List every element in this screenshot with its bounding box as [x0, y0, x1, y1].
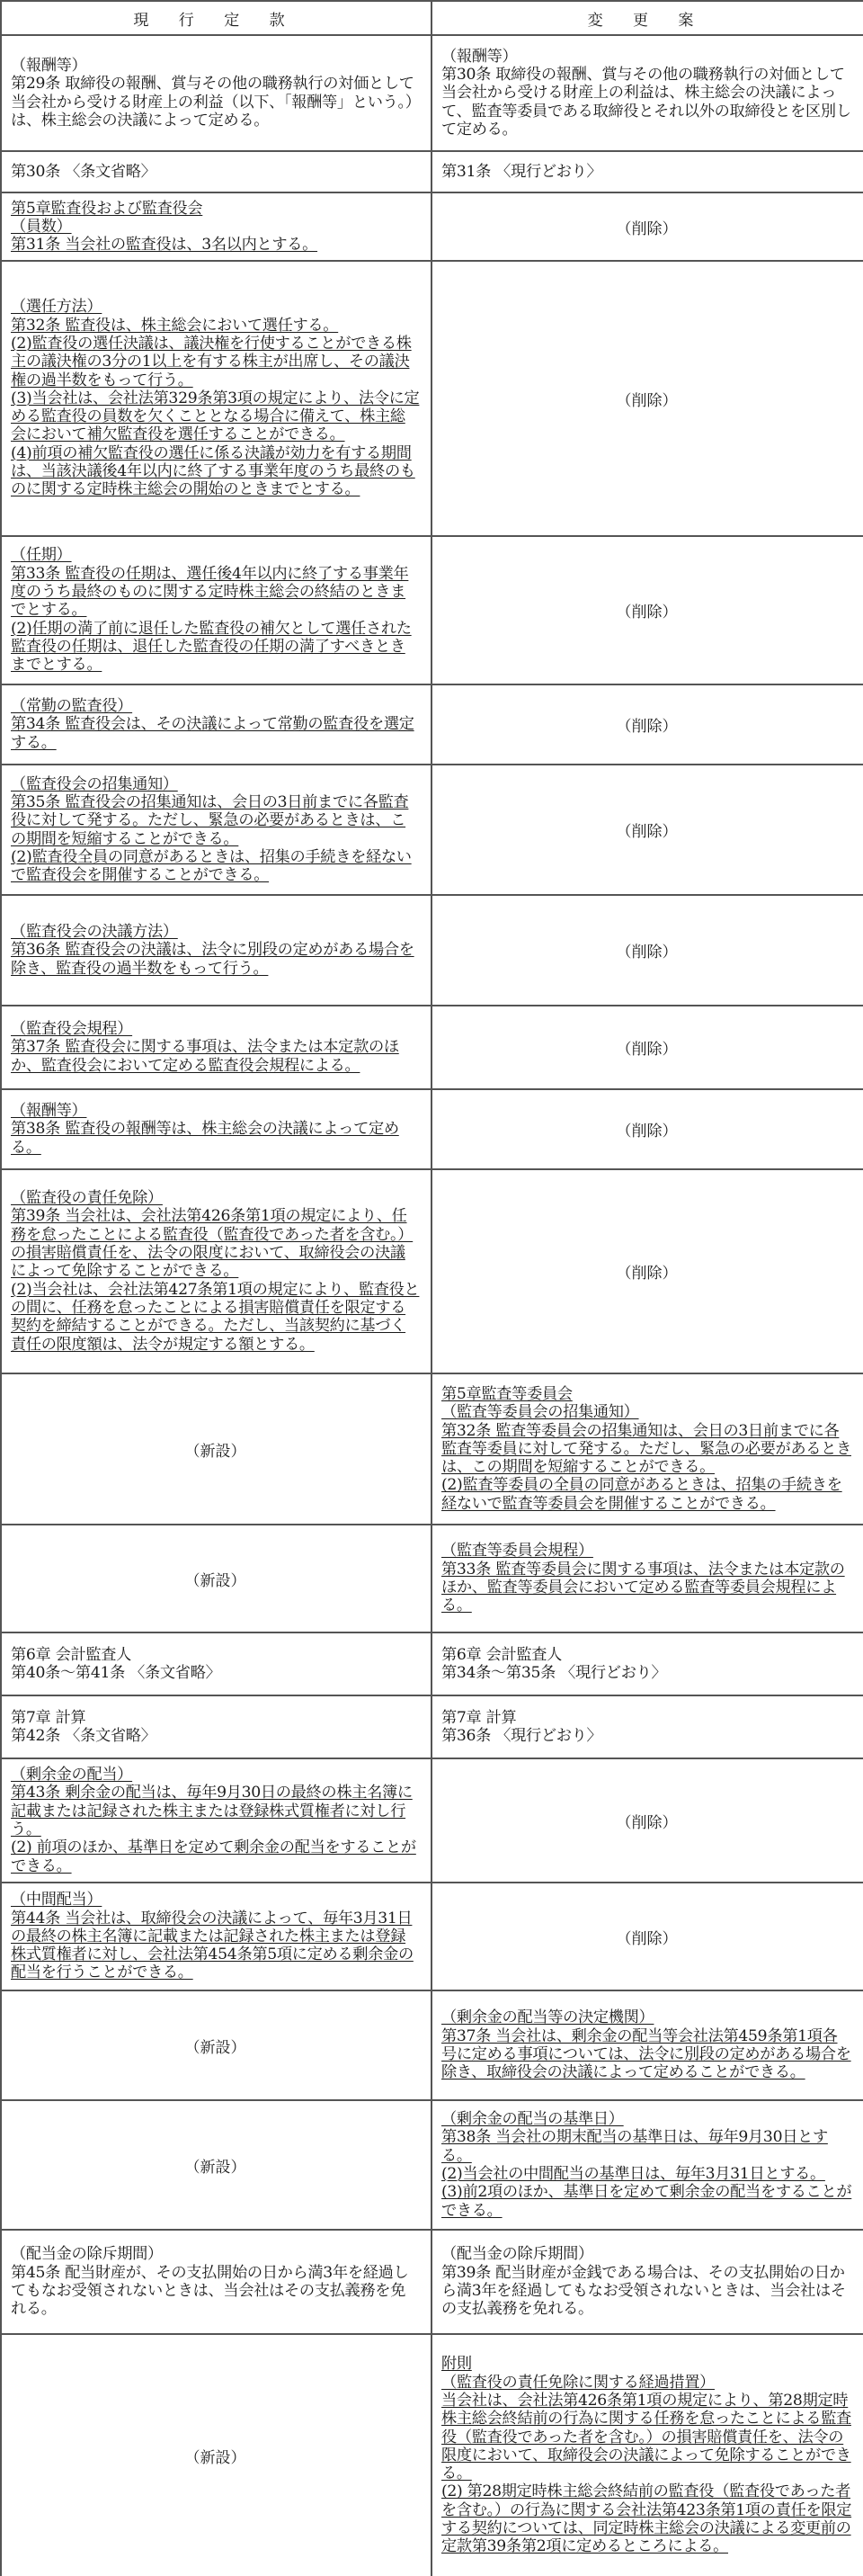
article-caption: （配当金の除斥期間）	[441, 2245, 852, 2263]
article-text: (3)当会社は、会社法第329条第3項の規定により、法令に定める監査役の員数を欠…	[11, 389, 420, 444]
table-row: （常勤の監査役）第34条 監査役会は、その決議によって常勤の監査役を選定する。（…	[1, 684, 863, 765]
new-marker: （新設）	[1, 2100, 431, 2230]
article-caption: （中間配当）	[11, 1891, 420, 1909]
current-article-cell: （監査役の責任免除）第39条 当会社は、会社法第426条第1項の規定により、任務…	[1, 1169, 431, 1373]
article-text: 第30条 取締役の報酬、賞与その他の職務執行の対価として当会社から受ける財産上の…	[441, 66, 852, 139]
article-text: 第29条 取締役の報酬、賞与その他の職務執行の対価として当会社から受ける財産上の…	[11, 75, 420, 130]
table-row: （報酬等）第29条 取締役の報酬、賞与その他の職務執行の対価として当会社から受け…	[1, 35, 863, 151]
article-text: 第44条 当会社は、取締役会の決議によって、毎年3月31日の最終の株主名簿に記載…	[11, 1910, 420, 1982]
article-text: 第32条 監査役は、株主総会において選任する。	[11, 317, 420, 335]
article-text: (2)監査役全員の同意があるときは、招集の手続きを経ないで監査役会を開催すること…	[11, 848, 420, 885]
article-caption: （剰余金の配当）	[11, 1766, 420, 1784]
deleted-marker: （削除）	[431, 765, 863, 895]
deleted-marker: （削除）	[431, 1883, 863, 1990]
proposed-article-cell: 第5章監査等委員会（監査等委員会の招集通知）第32条 監査等委員会の招集通知は、…	[431, 1373, 863, 1525]
article-text: 当会社は、会社法第426条第1項の規定により、第28期定時株主総会終結前の行為に…	[441, 2392, 852, 2482]
article-text: 第7章 計算	[441, 1709, 852, 1727]
article-text: 第45条 配当財産が、その支払開始の日から満3年を経過してもなお受領されないとき…	[11, 2264, 420, 2319]
article-caption: （選任方法）	[11, 298, 420, 316]
table-row: （監査役会の招集通知）第35条 監査役会の招集通知は、会日の3日前までに各監査役…	[1, 765, 863, 895]
proposed-article-cell: 第31条 〈現行どおり〉	[431, 151, 863, 192]
article-text: 第5章監査等委員会	[441, 1385, 852, 1403]
current-article-cell: （監査役会規程）第37条 監査役会に関する事項は、法令または本定款のほか、監査役…	[1, 1006, 431, 1089]
table-row: （新設）附則（監査役の責任免除に関する経過措置）当会社は、会社法第426条第1項…	[1, 2334, 863, 2576]
article-text: (3)前2項のほか、基準日を定めて剰余金の配当をすることができる。	[441, 2183, 852, 2220]
article-text: 第36条 〈現行どおり〉	[441, 1727, 852, 1745]
article-text: 第30条 〈条文省略〉	[11, 163, 420, 181]
article-text: 第34条 監査役会は、その決議によって常勤の監査役を選定する。	[11, 715, 420, 752]
new-marker: （新設）	[1, 2334, 431, 2576]
article-text: 第6章 会計監査人	[11, 1646, 420, 1664]
proposed-article-cell: （報酬等）第30条 取締役の報酬、賞与その他の職務執行の対価として当会社から受け…	[431, 35, 863, 151]
proposed-article-cell: 附則（監査役の責任免除に関する経過措置）当会社は、会社法第426条第1項の規定に…	[431, 2334, 863, 2576]
article-text: (2)任期の満了前に退任した監査役の補欠として選任された監査役の任期は、退任した…	[11, 620, 420, 675]
proposed-article-cell: 第6章 会計監査人第34条～第35条 〈現行どおり〉	[431, 1632, 863, 1695]
article-text: (2)当会社の中間配当の基準日は、毎年3月31日とする。	[441, 2165, 852, 2183]
article-caption: （常勤の監査役）	[11, 697, 420, 715]
article-caption: （剰余金の配当等の決定機関）	[441, 2008, 852, 2026]
article-text: （員数）	[11, 218, 420, 236]
article-text: （監査等委員会の招集通知）	[441, 1403, 852, 1421]
current-article-cell: （配当金の除斥期間）第45条 配当財産が、その支払開始の日から満3年を経過しても…	[1, 2230, 431, 2334]
current-article-cell: （監査役会の決議方法）第36条 監査役会の決議は、法令に別段の定めがある場合を除…	[1, 895, 431, 1006]
article-text: 第34条～第35条 〈現行どおり〉	[441, 1664, 852, 1682]
article-caption: （監査等委員会規程）	[441, 1542, 852, 1560]
table-row: 第5章監査役および監査役会（員数）第31条 当会社の監査役は、3名以内とする。（…	[1, 192, 863, 261]
deleted-marker: （削除）	[431, 261, 863, 536]
current-article-cell: （報酬等）第29条 取締役の報酬、賞与その他の職務執行の対価として当会社から受け…	[1, 35, 431, 151]
table-row: （監査役会の決議方法）第36条 監査役会の決議は、法令に別段の定めがある場合を除…	[1, 895, 863, 1006]
article-text: (2)監査等委員の全員の同意があるときは、招集の手続きを経ないで監査等委員会を開…	[441, 1476, 852, 1513]
article-caption: （配当金の除斥期間）	[11, 2245, 420, 2263]
table-row: （選任方法）第32条 監査役は、株主総会において選任する。(2)監査役の選任決議…	[1, 261, 863, 536]
table-row: 第6章 会計監査人第40条～第41条 〈条文省略〉第6章 会計監査人第34条～第…	[1, 1632, 863, 1695]
article-text: (2) 前項のほか、基準日を定めて剰余金の配当をすることができる。	[11, 1838, 420, 1875]
article-caption: （剰余金の配当の基準日）	[441, 2110, 852, 2128]
current-article-cell: 第5章監査役および監査役会（員数）第31条 当会社の監査役は、3名以内とする。	[1, 192, 431, 261]
current-article-cell: （報酬等）第38条 監査役の報酬等は、株主総会の決議によって定める。	[1, 1089, 431, 1169]
article-text: 第42条 〈条文省略〉	[11, 1727, 420, 1745]
article-caption: （報酬等）	[11, 57, 420, 75]
article-caption: （報酬等）	[11, 1102, 420, 1120]
article-text: (2)監査役の選任決議は、議決権を行使することができる株主の議決権の3分の1以上…	[11, 335, 420, 389]
article-text: (2)当会社は、会社法第427条第1項の規定により、監査役との間に、任務を怠った…	[11, 1281, 420, 1354]
article-text: 第36条 監査役会の決議は、法令に別段の定めがある場合を除き、監査役の過半数をも…	[11, 941, 420, 978]
table-row: （配当金の除斥期間）第45条 配当財産が、その支払開始の日から満3年を経過しても…	[1, 2230, 863, 2334]
table-row: （中間配当）第44条 当会社は、取締役会の決議によって、毎年3月31日の最終の株…	[1, 1883, 863, 1990]
article-text: (4)前項の補欠監査役の選任に係る決議が効力を有する期間は、当該決議後4年以内に…	[11, 444, 420, 499]
article-text: 第39条 配当財産が金銭である場合は、その支払開始の日から満3年を経過してもなお…	[441, 2264, 852, 2319]
header-current-articles: 現 行 定 款	[1, 1, 431, 35]
deleted-marker: （削除）	[431, 1089, 863, 1169]
deleted-marker: （削除）	[431, 1169, 863, 1373]
table-row: 第7章 計算第42条 〈条文省略〉第7章 計算第36条 〈現行どおり〉	[1, 1695, 863, 1758]
article-text: 第43条 剰余金の配当は、毎年9月30日の最終の株主名簿に記載または記録された株…	[11, 1784, 420, 1838]
table-row: （新設）（剰余金の配当等の決定機関）第37条 当会社は、剰余金の配当等会社法第4…	[1, 1990, 863, 2100]
table-body: （報酬等）第29条 取締役の報酬、賞与その他の職務執行の対価として当会社から受け…	[1, 35, 863, 2576]
article-text: 第33条 監査等委員会に関する事項は、法令または本定款のほか、監査等委員会におい…	[441, 1561, 852, 1615]
deleted-marker: （削除）	[431, 895, 863, 1006]
current-article-cell: 第6章 会計監査人第40条～第41条 〈条文省略〉	[1, 1632, 431, 1695]
article-caption: （監査役の責任免除）	[11, 1189, 420, 1207]
current-article-cell: 第30条 〈条文省略〉	[1, 151, 431, 192]
current-article-cell: （剰余金の配当）第43条 剰余金の配当は、毎年9月30日の最終の株主名簿に記載ま…	[1, 1758, 431, 1883]
article-caption: （報酬等）	[441, 48, 852, 66]
table-row: （監査役の責任免除）第39条 当会社は、会社法第426条第1項の規定により、任務…	[1, 1169, 863, 1373]
article-text: 第31条 当会社の監査役は、3名以内とする。	[11, 236, 420, 254]
current-article-cell: （常勤の監査役）第34条 監査役会は、その決議によって常勤の監査役を選定する。	[1, 684, 431, 765]
proposed-article-cell: （監査等委員会規程）第33条 監査等委員会に関する事項は、法令または本定款のほか…	[431, 1525, 863, 1632]
new-marker: （新設）	[1, 1373, 431, 1525]
article-text: 第39条 当会社は、会社法第426条第1項の規定により、任務を怠ったことによる監…	[11, 1207, 420, 1280]
article-text: (2) 第28期定時株主総会終結前の監査役（監査役であった者を含む。）の行為に関…	[441, 2482, 852, 2555]
article-text: 第6章 会計監査人	[441, 1646, 852, 1664]
current-article-cell: （中間配当）第44条 当会社は、取締役会の決議によって、毎年3月31日の最終の株…	[1, 1883, 431, 1990]
current-article-cell: （任期）第33条 監査役の任期は、選任後4年以内に終了する事業年度のうち最終のも…	[1, 536, 431, 684]
table-row: 第30条 〈条文省略〉第31条 〈現行どおり〉	[1, 151, 863, 192]
table-row: （新設）（監査等委員会規程）第33条 監査等委員会に関する事項は、法令または本定…	[1, 1525, 863, 1632]
deleted-marker: （削除）	[431, 1758, 863, 1883]
deleted-marker: （削除）	[431, 536, 863, 684]
article-caption: （監査役会規程）	[11, 1020, 420, 1038]
current-article-cell: （選任方法）第32条 監査役は、株主総会において選任する。(2)監査役の選任決議…	[1, 261, 431, 536]
article-text: 第37条 当会社は、剰余金の配当等会社法第459条第1項各号に定める事項について…	[441, 2027, 852, 2082]
article-caption: （任期）	[11, 546, 420, 564]
table-row: （報酬等）第38条 監査役の報酬等は、株主総会の決議によって定める。（削除）	[1, 1089, 863, 1169]
table-row: （新設）（剰余金の配当の基準日）第38条 当会社の期末配当の基準日は、毎年9月3…	[1, 2100, 863, 2230]
article-text: 第38条 当会社の期末配当の基準日は、毎年9月30日とする。	[441, 2128, 852, 2165]
current-article-cell: （監査役会の招集通知）第35条 監査役会の招集通知は、会日の3日前までに各監査役…	[1, 765, 431, 895]
current-article-cell: 第7章 計算第42条 〈条文省略〉	[1, 1695, 431, 1758]
deleted-marker: （削除）	[431, 192, 863, 261]
table-row: （剰余金の配当）第43条 剰余金の配当は、毎年9月30日の最終の株主名簿に記載ま…	[1, 1758, 863, 1883]
article-text: （監査役の責任免除に関する経過措置）	[441, 2374, 852, 2392]
article-text: 第40条～第41条 〈条文省略〉	[11, 1664, 420, 1682]
proposed-article-cell: （配当金の除斥期間）第39条 配当財産が金銭である場合は、その支払開始の日から満…	[431, 2230, 863, 2334]
table-row: （監査役会規程）第37条 監査役会に関する事項は、法令または本定款のほか、監査役…	[1, 1006, 863, 1089]
article-text: 第5章監査役および監査役会	[11, 200, 420, 218]
table-row: （任期）第33条 監査役の任期は、選任後4年以内に終了する事業年度のうち最終のも…	[1, 536, 863, 684]
article-text: 第38条 監査役の報酬等は、株主総会の決議によって定める。	[11, 1120, 420, 1157]
article-text: 附則	[441, 2355, 852, 2373]
header-proposed-amendments: 変 更 案	[431, 1, 863, 35]
table-row: （新設）第5章監査等委員会（監査等委員会の招集通知）第32条 監査等委員会の招集…	[1, 1373, 863, 1525]
article-text: 第31条 〈現行どおり〉	[441, 163, 852, 181]
article-text: 第32条 監査等委員会の招集通知は、会日の3日前までに各監査等委員に対して発する…	[441, 1422, 852, 1477]
article-text: 第7章 計算	[11, 1709, 420, 1727]
new-marker: （新設）	[1, 1990, 431, 2100]
article-text: 第33条 監査役の任期は、選任後4年以内に終了する事業年度のうち最終のものに関す…	[11, 565, 420, 620]
proposed-article-cell: （剰余金の配当等の決定機関）第37条 当会社は、剰余金の配当等会社法第459条第…	[431, 1990, 863, 2100]
proposed-article-cell: 第7章 計算第36条 〈現行どおり〉	[431, 1695, 863, 1758]
deleted-marker: （削除）	[431, 684, 863, 765]
article-caption: （監査役会の招集通知）	[11, 775, 420, 793]
deleted-marker: （削除）	[431, 1006, 863, 1089]
article-text: 第37条 監査役会に関する事項は、法令または本定款のほか、監査役会において定める…	[11, 1038, 420, 1075]
new-marker: （新設）	[1, 1525, 431, 1632]
proposed-article-cell: （剰余金の配当の基準日）第38条 当会社の期末配当の基準日は、毎年9月30日とす…	[431, 2100, 863, 2230]
table-header-row: 現 行 定 款 変 更 案	[1, 1, 863, 35]
articles-comparison-table: 現 行 定 款 変 更 案 （報酬等）第29条 取締役の報酬、賞与その他の職務執…	[0, 0, 863, 2576]
article-text: 第35条 監査役会の招集通知は、会日の3日前までに各監査役に対して発する。ただし…	[11, 793, 420, 848]
article-caption: （監査役会の決議方法）	[11, 923, 420, 941]
